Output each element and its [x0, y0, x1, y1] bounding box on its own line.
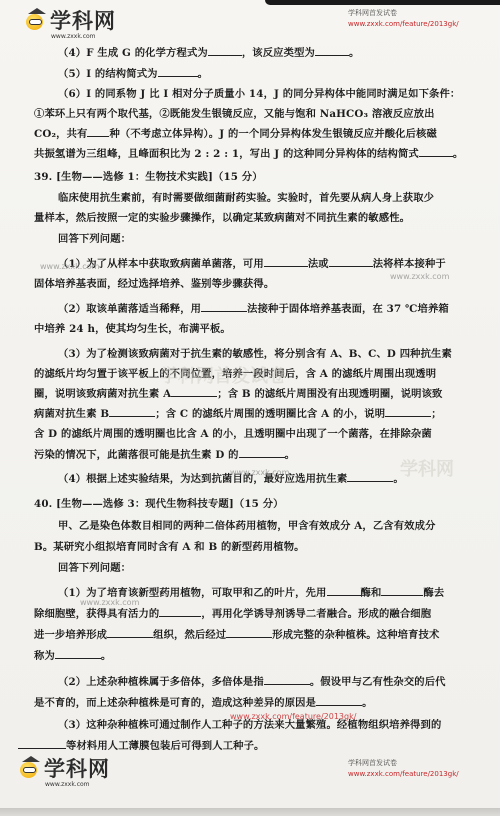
- mascot-icon: [24, 6, 48, 32]
- answer-blank: [315, 46, 349, 56]
- footer-url: www.zxxk.com/feature/2013gk/: [348, 770, 459, 778]
- line-q5: （5）I 的结构简式为。: [58, 67, 498, 81]
- answer-blank: [55, 649, 101, 659]
- header-logo: 学科网 www.zxxk.com: [24, 6, 116, 32]
- answer-blank: [18, 739, 66, 749]
- footer-right: 学科网首发试卷 www.zxxk.com/feature/2013gk/: [348, 758, 459, 778]
- q40-answer-prompt: 回答下列问题：: [58, 561, 498, 575]
- line-q6-count: CO₂，共有种（不考虑立体异构）。J 的一个同分异构体发生银镜反应并酸化后核磁: [34, 127, 474, 141]
- q40-part1-l4: 称为。: [34, 649, 474, 663]
- footer-logo: 学科网 www.zxxk.com: [18, 754, 110, 780]
- q39-part2-cont: 中培养 24 h，使其均匀生长，布满平板。: [34, 322, 474, 336]
- exam-page: 学科网 www.zxxk.com 学科网首发试卷 www.zxxk.com/fe…: [0, 0, 500, 808]
- answer-blank: [201, 302, 247, 312]
- answer-blank: [87, 127, 109, 137]
- question-40-title: 40. [生物——选修 3：现代生物科技专题]（15 分）: [34, 497, 474, 511]
- header-url: www.zxxk.com/feature/2013gk/: [348, 20, 459, 28]
- q40-part3-l2: 等材料用人工薄膜包装后可得到人工种子。: [18, 739, 458, 753]
- q39-part2: （2）取该单菌落适当稀释，用法接种于固体培养基表面，在 37 ℃培养箱: [58, 302, 498, 316]
- q40-part3: （3）这种杂种植株可通过制作人工种子的方法来大量繁殖。经植物组织培养得到的: [58, 718, 498, 732]
- q39-part1: （1）为了从样本中获取致病菌单菌落，可用法或法将样本接种于: [58, 257, 498, 271]
- line-q4: （4）F 生成 G 的化学方程式为，该反应类型为。: [58, 46, 498, 60]
- answer-blank: [264, 257, 308, 267]
- answer-blank: [327, 586, 361, 596]
- footer-title: 学科网首发试卷: [348, 758, 459, 768]
- header-title: 学科网首发试卷: [348, 8, 459, 18]
- q39-part1-cont: 固体培养基表面，经过选择培养、鉴别等步骤获得。: [34, 277, 474, 291]
- line-q6: （6）I 的同系物 J 比 I 相对分子质量小 14，J 的同分异构体中能同时满…: [58, 87, 498, 101]
- logo-text: 学科网: [44, 758, 110, 780]
- answer-blank: [159, 607, 201, 617]
- answer-blank: [208, 46, 242, 56]
- header-right: 学科网首发试卷 www.zxxk.com/feature/2013gk/: [348, 8, 459, 28]
- logo-url: www.zxxk.com: [45, 781, 90, 788]
- answer-blank: [107, 628, 153, 638]
- q40-intro-2: B。某研究小组拟培育同时含有 A 和 B 的新型药用植物。: [34, 540, 474, 554]
- scan-bottom-edge: [0, 808, 500, 816]
- q40-part1: （1）为了培育该新型药用植物，可取甲和乙的叶片，先用酶和酶去: [58, 586, 498, 600]
- line-q6-cond: ①苯环上只有两个取代基，②既能发生银镜反应，又能与饱和 NaHCO₃ 溶液反应放…: [34, 107, 474, 121]
- answer-blank: [381, 586, 423, 596]
- line-q6-nmr: 共振氢谱为三组峰，且峰面积比为 2 : 2 : 1，写出 J 的这种同分异构体的…: [34, 147, 474, 161]
- scan-edge-shadow: [265, 0, 500, 5]
- q40-intro-1: 甲、乙是染色体数目相同的两种二倍体药用植物，甲含有效成分 A，乙含有效成分: [58, 519, 498, 533]
- q39-part3-l3: 圈，说明该致病菌对抗生素 A；含 B 的滤纸片周围没有出现透明圈，说明该致: [34, 387, 474, 401]
- answer-blank: [316, 696, 362, 706]
- question-39-title: 39. [生物——选修 1：生物技术实践]（15 分）: [34, 170, 474, 184]
- q40-part1-l3: 进一步培养形成组织，然后经过形成完整的杂种植株。这种培育技术: [34, 628, 474, 642]
- answer-blank: [239, 448, 285, 458]
- answer-blank: [347, 472, 393, 482]
- answer-blank: [264, 675, 310, 685]
- answer-blank: [158, 67, 198, 77]
- answer-blank: [171, 387, 217, 397]
- q39-part3-l4: 病菌对抗生素 B；含 C 的滤纸片周围的透明圈比含 A 的小，说明；: [34, 407, 474, 421]
- q39-answer-prompt: 回答下列问题：: [58, 232, 498, 246]
- logo-url: www.zxxk.com: [51, 33, 96, 40]
- q39-part3-l2: 的滤纸片均匀置于该平板上的不同位置，培养一段时间后，含 A 的滤纸片周围出现透明: [34, 367, 474, 381]
- q39-part4: （4）根据上述实验结果，为达到抗菌目的，最好应选用抗生素。: [58, 472, 498, 486]
- answer-blank: [109, 407, 155, 417]
- answer-blank: [385, 407, 431, 417]
- q39-part3: （3）为了检测该致病菌对于抗生素的敏感性，将分别含有 A、B、C、D 四种抗生素: [58, 347, 498, 361]
- q40-part1-l2: 除细胞壁，获得具有活力的，再用化学诱导剂诱导二者融合。形成的融合细胞: [34, 607, 474, 621]
- q39-intro-1: 临床使用抗生素前，有时需要做细菌耐药实验。实验时，首先要从病人身上获取少: [58, 191, 498, 205]
- logo-text: 学科网: [50, 10, 116, 32]
- mascot-icon: [18, 754, 42, 780]
- q39-part3-l6: 污染的情况下，此菌落很可能是抗生素 D 的。: [34, 448, 474, 462]
- answer-blank: [329, 257, 373, 267]
- answer-blank: [226, 628, 272, 638]
- answer-blank: [419, 147, 453, 157]
- q40-part2-l2: 是不育的，而上述杂种植株是可育的，造成这种差异的原因是。: [34, 696, 474, 710]
- q39-part3-l5: 含 D 的滤纸片周围的透明圈也比含 A 的小，且透明圈中出现了一个菌落，在排除杂…: [34, 427, 474, 441]
- q39-intro-2: 量样本，然后按照一定的实验步骤操作，以确定某致病菌对不同抗生素的敏感性。: [34, 211, 474, 225]
- q40-part2: （2）上述杂种植株属于多倍体，多倍体是指。假设甲与乙有性杂交的后代: [58, 675, 498, 689]
